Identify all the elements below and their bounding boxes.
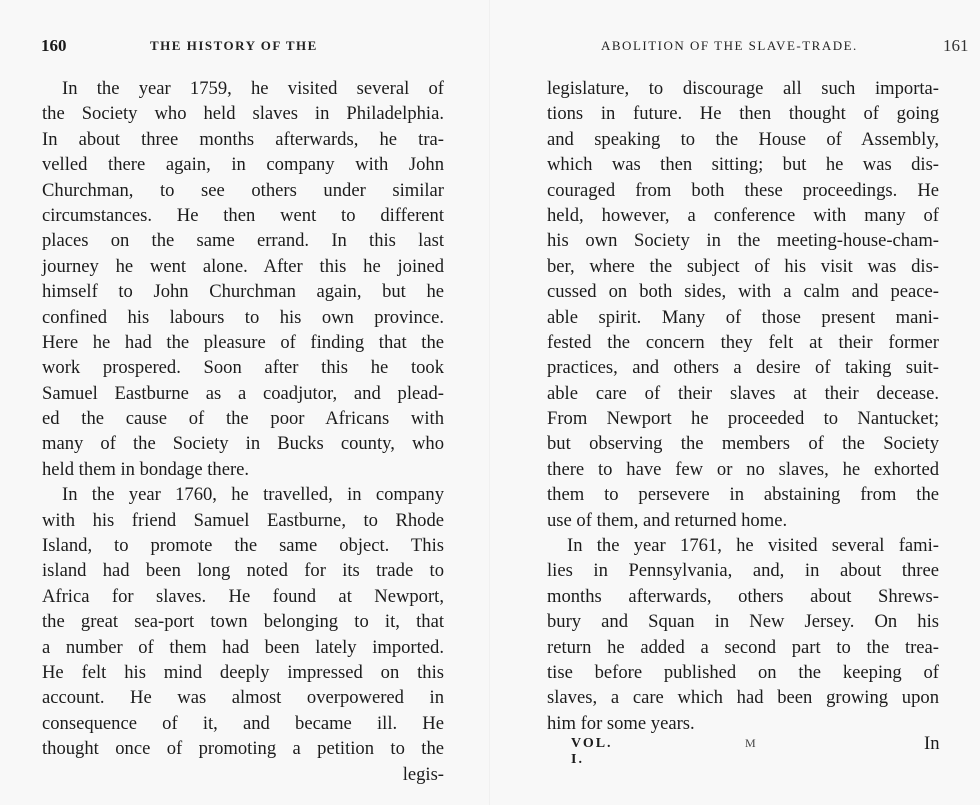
body-text: legislature, to discourage all such impo…	[547, 76, 939, 736]
running-head: THE HISTORY OF THE	[150, 38, 318, 54]
text-line: able spirit. Many of those present mani-	[547, 305, 939, 330]
text-line: which was then sitting; but he was dis-	[547, 152, 939, 177]
text-line: held, however, a conference with many of	[547, 203, 939, 228]
text-line: In the year 1761, he visited several fam…	[547, 533, 939, 558]
text-line: lies in Pennsylvania, and, in about thre…	[547, 558, 939, 583]
text-line: the Society who held slaves in Philadelp…	[42, 101, 444, 126]
catchword: In	[924, 733, 940, 755]
text-line: journey he went alone. After this he joi…	[42, 254, 444, 279]
text-line: practices, and others a desire of taking…	[547, 355, 939, 380]
left-page: 160 THE HISTORY OF THE In the year 1759,…	[0, 0, 490, 805]
text-line: In about three months afterwards, he tra…	[42, 127, 444, 152]
text-line: From Newport he proceeded to Nantucket;	[547, 406, 939, 431]
text-line: slaves, a care which had been growing up…	[547, 685, 939, 710]
text-line: use of them, and returned home.	[547, 508, 939, 533]
text-line: legislature, to discourage all such impo…	[547, 76, 939, 101]
text-line: He felt his mind deeply impressed on thi…	[42, 660, 444, 685]
text-line: return he added a second part to the tre…	[547, 635, 939, 660]
text-line: Here he had the pleasure of finding that…	[42, 330, 444, 355]
page-number: 161	[943, 36, 969, 56]
text-line: but observing the members of the Society	[547, 431, 939, 456]
text-line: many of the Society in Bucks county, who	[42, 431, 444, 456]
text-line: confined his labours to his own province…	[42, 305, 444, 330]
text-line: fested the concern they felt at their fo…	[547, 330, 939, 355]
text-line: Samuel Eastburne as a coadjutor, and ple…	[42, 381, 444, 406]
text-line: account. He was almost overpowered in	[42, 685, 444, 710]
text-line: circumstances. He then went to different	[42, 203, 444, 228]
text-line: him for some years.	[547, 711, 939, 736]
body-text: In the year 1759, he visited several oft…	[42, 76, 444, 787]
right-page: ABOLITION OF THE SLAVE-TRADE. 161 legisl…	[490, 0, 980, 805]
text-line: his own Society in the meeting-house-cha…	[547, 228, 939, 253]
text-line: months afterwards, others about Shrews-	[547, 584, 939, 609]
text-line: places on the same errand. In this last	[42, 228, 444, 253]
text-line: able care of their slaves at their decea…	[547, 381, 939, 406]
text-line: tise before published on the keeping of	[547, 660, 939, 685]
text-line: Island, to promote the same object. This	[42, 533, 444, 558]
text-line: held them in bondage there.	[42, 457, 444, 482]
text-line: cussed on both sides, with a calm and pe…	[547, 279, 939, 304]
text-line: himself to John Churchman again, but he	[42, 279, 444, 304]
text-line: ed the cause of the poor Africans with	[42, 406, 444, 431]
text-line: island had been long noted for its trade…	[42, 558, 444, 583]
text-line: with his friend Samuel Eastburne, to Rho…	[42, 508, 444, 533]
text-line: In the year 1759, he visited several of	[42, 76, 444, 101]
text-line: the great sea-port town belonging to it,…	[42, 609, 444, 634]
text-line: bury and Squan in New Jersey. On his	[547, 609, 939, 634]
text-line: ber, where the subject of his visit was …	[547, 254, 939, 279]
text-line: legis-	[42, 762, 444, 787]
signature-mark: VOL. I.	[571, 736, 613, 768]
text-line: consequence of it, and became ill. He	[42, 711, 444, 736]
text-line: In the year 1760, he travelled, in compa…	[42, 482, 444, 507]
running-head: ABOLITION OF THE SLAVE-TRADE.	[601, 38, 858, 54]
text-line: thought once of promoting a petition to …	[42, 736, 444, 761]
gathering-letter: M	[745, 736, 756, 751]
text-line: there to have few or no slaves, he exhor…	[547, 457, 939, 482]
text-line: work prospered. Soon after this he took	[42, 355, 444, 380]
text-line: Churchman, to see others under similar	[42, 178, 444, 203]
text-line: velled there again, in company with John	[42, 152, 444, 177]
text-line: couraged from both these proceedings. He	[547, 178, 939, 203]
text-line: tions in future. He then thought of goin…	[547, 101, 939, 126]
text-line: and speaking to the House of Assembly,	[547, 127, 939, 152]
text-line: them to persevere in abstaining from the	[547, 482, 939, 507]
text-line: a number of them had been lately importe…	[42, 635, 444, 660]
text-line: Africa for slaves. He found at Newport,	[42, 584, 444, 609]
page-number: 160	[41, 36, 67, 56]
